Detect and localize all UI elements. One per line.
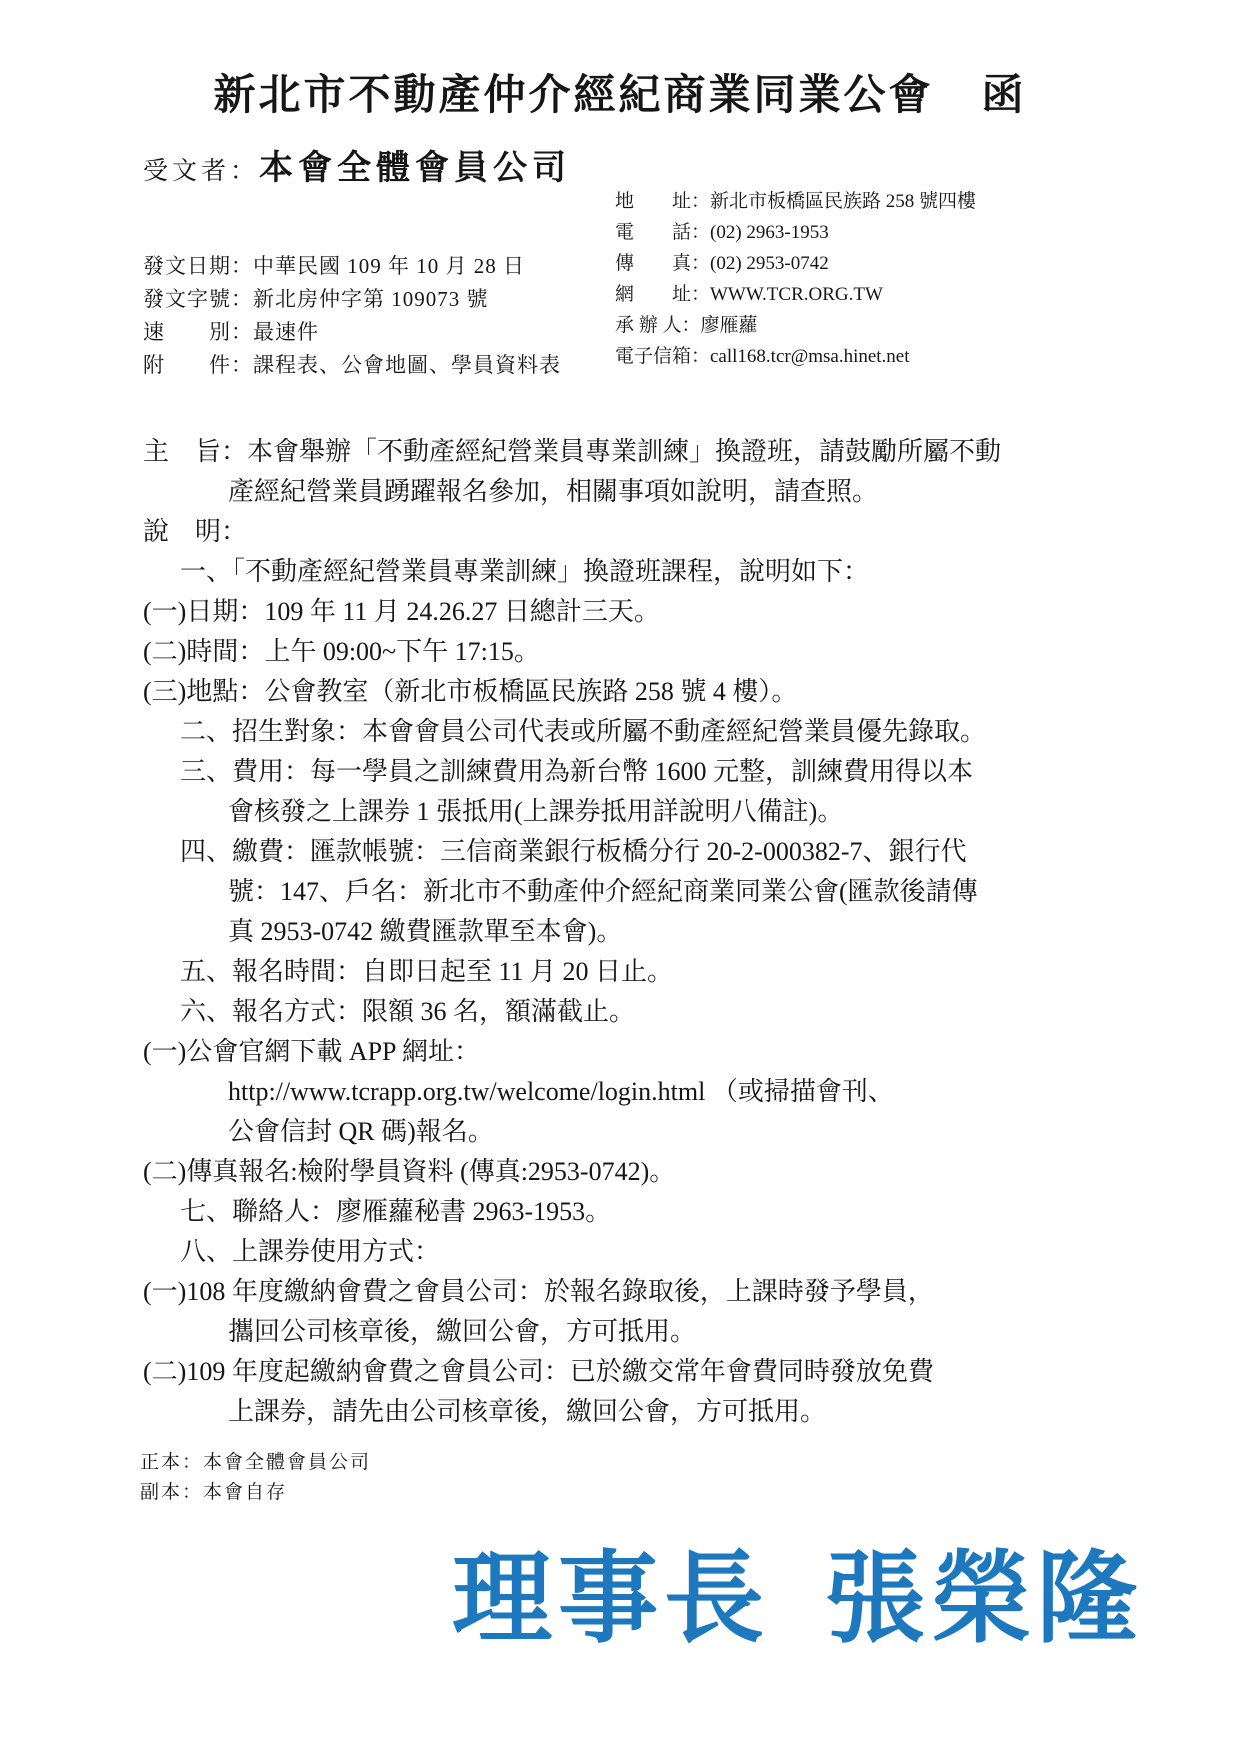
body-line-url: http://www.tcrapp.org.tw/welcome/login.h… [0,1072,1240,1112]
body-line-item-1-2: (二)時間：上午 09:00~下午 17:15。 [0,632,1240,672]
body-line: 上課券，請先由公司核章後，繳回公會，方可抵用。 [0,1392,1240,1432]
body-line: 攜回公司核章後，繳回公會，方可抵用。 [0,1312,1240,1352]
body-line-explanation: 說 明： [0,512,1240,552]
doc-number: 發文字號：新北房仲字第 109073 號 [143,283,561,316]
body-line-item-6: 六、報名方式：限額 36 名，額滿截止。 [0,992,1240,1032]
attachments: 附 件：課程表、公會地圖、學員資料表 [143,349,561,382]
body-line-item-5: 五、報名時間：自即日起至 11 月 20 日止。 [0,952,1240,992]
website: 網 址：WWW.TCR.ORG.TW [615,279,976,310]
letter-body: 主 旨：本會舉辦「不動產經紀營業員專業訓練」換證班，請鼓勵所屬不動 產經紀營業員… [0,432,1240,1432]
priority: 速 別：最速件 [143,316,561,349]
recipient-row: 受文者： 本會全體會員公司 [143,140,571,189]
body-line-item-6-1: (一)公會官網下載 APP 網址： [0,1032,1240,1072]
body-line-item-8-1: (一)108 年度繳納會費之會員公司：於報名錄取後，上課時發予學員， [0,1272,1240,1312]
body-line-item-8: 八、上課券使用方式： [0,1232,1240,1272]
body-line-item-3: 三、費用：每一學員之訓練費用為新台幣 1600 元整，訓練費用得以本 [0,752,1240,792]
body-line-item-1-3: (三)地點：公會教室（新北市板橋區民族路 258 號 4 樓）。 [0,672,1240,712]
body-line-item-1: 一、「不動產經紀營業員專業訓練」換證班課程，說明如下： [0,552,1240,592]
body-line: 公會信封 QR 碼)報名。 [0,1112,1240,1152]
body-line-item-2: 二、招生對象：本會會員公司代表或所屬不動產經紀營業員優先錄取。 [0,712,1240,752]
body-line-item-1-1: (一)日期：109 年 11 月 24.26.27 日總計三天。 [0,592,1240,632]
body-line-item-8-2: (二)109 年度起繳納會費之會員公司：已於繳交常年會費同時發放免費 [0,1352,1240,1392]
address: 地 址：新北市板橋區民族路 258 號四樓 [615,186,976,217]
document-title: 新北市不動產仲介經紀商業同業公會 函 [0,62,1240,122]
body-line-item-4: 四、繳費：匯款帳號：三信商業銀行板橋分行 20-2-000382-7、銀行代 [0,832,1240,872]
org-name: 新北市不動產仲介經紀商業同業公會 [213,62,933,122]
doc-type: 函 [982,62,1027,122]
signature-title: 理事長 [452,1518,770,1662]
copies-block: 正本：本會全體會員公司 副本：本會自存 [140,1448,371,1508]
recipient-label: 受文者： [143,151,259,187]
contact-person: 承 辦 人：廖雁蘿 [615,310,976,341]
original-copy-line: 正本：本會全體會員公司 [140,1448,371,1478]
fax: 傳 真：(02) 2953-0742 [615,248,976,279]
recipient-name: 本會全體會員公司 [259,140,571,189]
signature: 理事長 張榮隆 [452,1518,1143,1662]
body-line-item-7: 七、聯絡人：廖雁蘿秘書 2963-1953。 [0,1192,1240,1232]
body-line: 號：147、戶名：新北市不動產仲介經紀商業同業公會(匯款後請傳 [0,872,1240,912]
meta-left-block: 發文日期：中華民國 109 年 10 月 28 日 發文字號：新北房仲字第 10… [143,250,561,382]
duplicate-copy-line: 副本：本會自存 [140,1478,371,1508]
meta-right-block: 地 址：新北市板橋區民族路 258 號四樓 電 話：(02) 2963-1953… [615,186,976,372]
body-line-subject: 主 旨：本會舉辦「不動產經紀營業員專業訓練」換證班，請鼓勵所屬不動 [0,432,1240,472]
signature-name: 張榮隆 [825,1518,1143,1662]
issue-date: 發文日期：中華民國 109 年 10 月 28 日 [143,250,561,283]
body-line: 會核發之上課券 1 張抵用(上課券抵用詳說明八備註)。 [0,792,1240,832]
email: 電子信箱：call168.tcr@msa.hinet.net [615,341,976,372]
body-line-item-6-2: (二)傳真報名:檢附學員資料 (傳真:2953-0742)。 [0,1152,1240,1192]
phone: 電 話：(02) 2963-1953 [615,217,976,248]
body-line: 產經紀營業員踴躍報名參加，相關事項如說明，請查照。 [0,472,1240,512]
body-line: 真 2953-0742 繳費匯款單至本會)。 [0,912,1240,952]
document-page: 新北市不動產仲介經紀商業同業公會 函 受文者： 本會全體會員公司 發文日期：中華… [0,0,1240,1753]
